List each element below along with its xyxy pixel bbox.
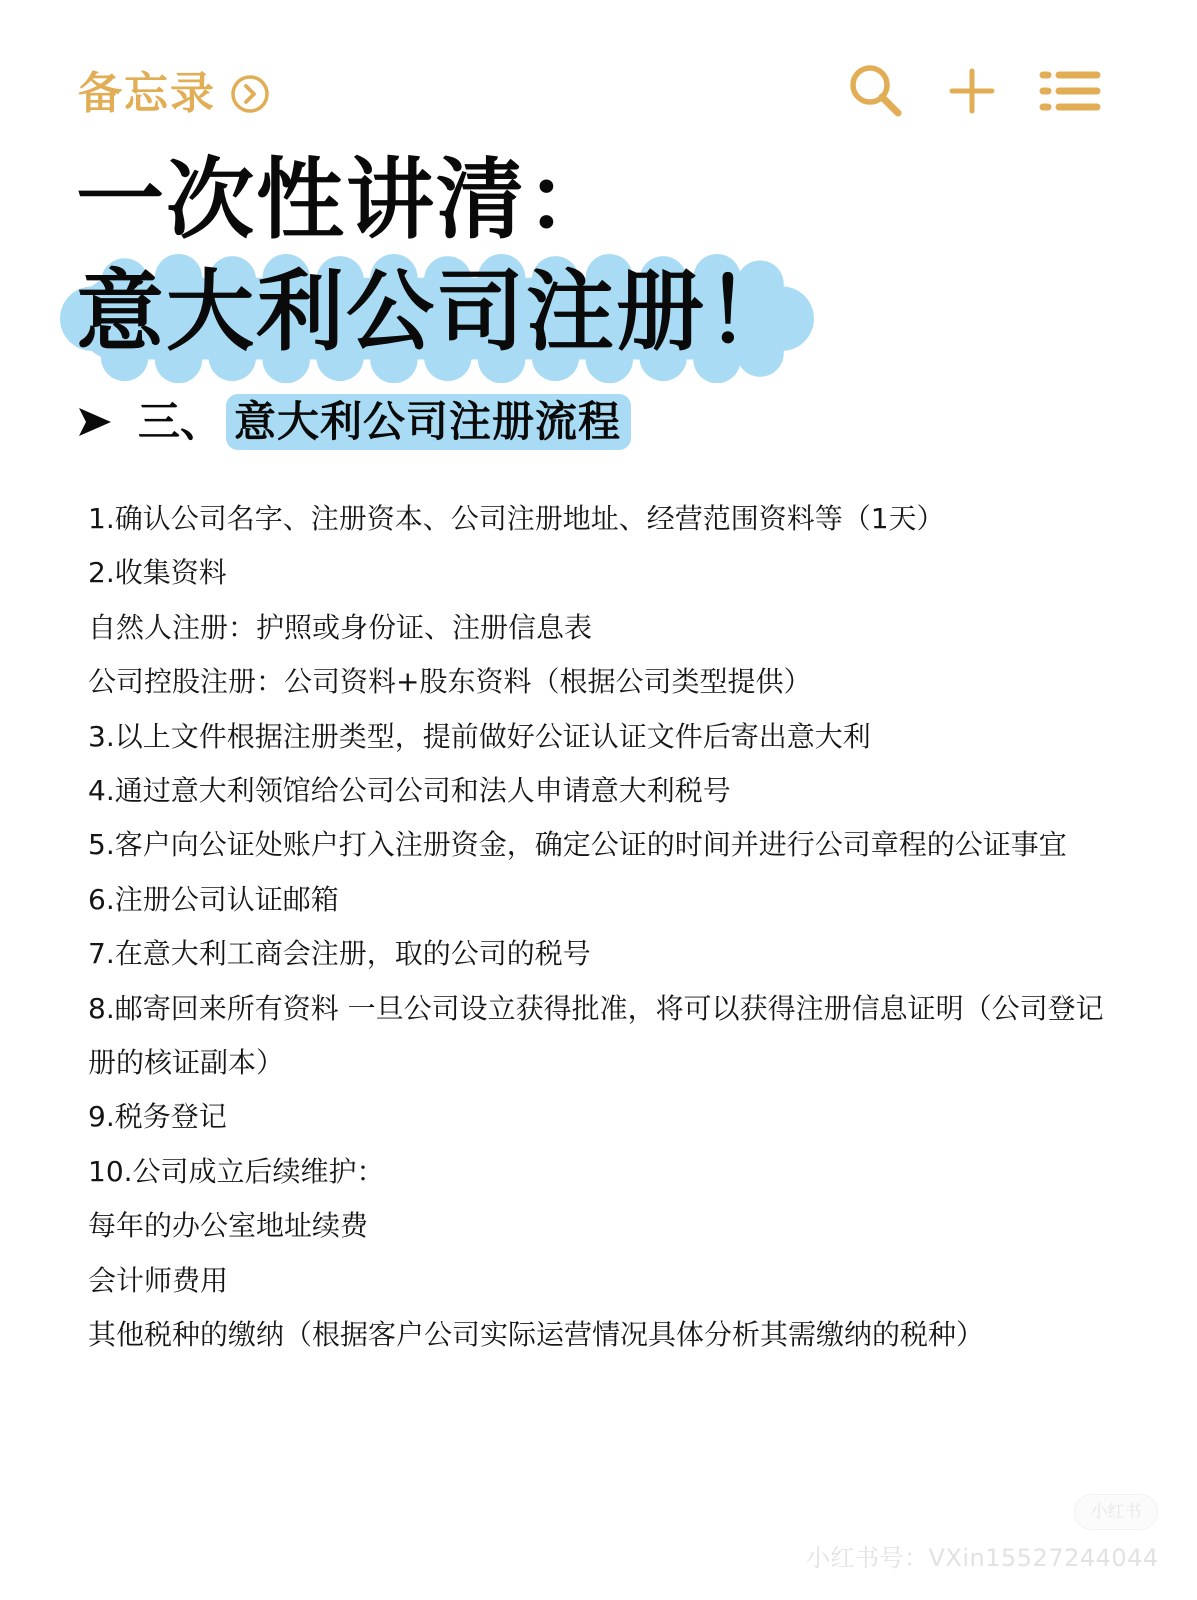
watermark-text: 小红书号：VXin15527244044 bbox=[806, 1538, 1159, 1573]
step-7: 7.在意大利工商会注册，取的公司的税号 bbox=[88, 927, 1118, 981]
header-actions bbox=[847, 62, 1101, 120]
step-8: 8.邮寄回来所有资料 一旦公司设立获得批准，将可以获得注册信息证明（公司登记册的… bbox=[88, 982, 1118, 1091]
watermark-badge: 小红书 bbox=[1074, 1494, 1158, 1530]
step-10-accountant-fee: 会计师费用 bbox=[88, 1254, 1118, 1308]
step-2: 2.收集资料 bbox=[88, 546, 1118, 600]
notes-back-label: 备忘录 bbox=[78, 66, 216, 122]
step-2-natural-person: 自然人注册：护照或身份证、注册信息表 bbox=[88, 601, 1118, 655]
title-line-2-highlight: 意大利公司注册！ bbox=[76, 262, 796, 362]
section-number: 三、 bbox=[138, 394, 222, 450]
step-6: 6.注册公司认证邮箱 bbox=[88, 873, 1118, 927]
arrow-right-icon bbox=[78, 406, 112, 438]
step-9: 9.税务登记 bbox=[88, 1090, 1118, 1144]
step-4: 4.通过意大利领馆给公司公司和法人申请意大利税号 bbox=[88, 764, 1118, 818]
step-2-holding-company: 公司控股注册：公司资料+股东资料（根据公司类型提供） bbox=[88, 655, 1118, 709]
list-icon[interactable] bbox=[1039, 70, 1101, 112]
title-line-2: 意大利公司注册！ bbox=[76, 262, 796, 362]
step-1: 1.确认公司名字、注册资本、公司注册地址、经营范围资料等（1天） bbox=[88, 492, 1118, 546]
search-icon[interactable] bbox=[847, 62, 905, 120]
step-10: 10.公司成立后续维护： bbox=[88, 1145, 1118, 1199]
plus-icon[interactable] bbox=[949, 68, 995, 114]
back-to-notes-button[interactable]: 备忘录 bbox=[78, 66, 270, 122]
step-3: 3.以上文件根据注册类型，提前做好公证认证文件后寄出意大利 bbox=[88, 710, 1118, 764]
section-title: 意大利公司注册流程 bbox=[226, 394, 631, 450]
chevron-right-circle-icon bbox=[230, 74, 270, 114]
note-title: 一次性讲清： 意大利公司注册！ bbox=[76, 150, 796, 362]
section-heading: 三、 意大利公司注册流程 bbox=[78, 394, 631, 450]
note-body: 1.确认公司名字、注册资本、公司注册地址、经营范围资料等（1天） 2.收集资料 … bbox=[88, 492, 1118, 1363]
step-10-other-taxes: 其他税种的缴纳（根据客户公司实际运营情况具体分析其需缴纳的税种） bbox=[88, 1308, 1118, 1362]
step-5: 5.客户向公证处账户打入注册资金，确定公证的时间并进行公司章程的公证事宜 bbox=[88, 818, 1118, 872]
step-10-office-renewal: 每年的办公室地址续费 bbox=[88, 1199, 1118, 1253]
title-line-1: 一次性讲清： bbox=[76, 150, 796, 250]
notes-header: 备忘录 bbox=[0, 0, 1197, 140]
